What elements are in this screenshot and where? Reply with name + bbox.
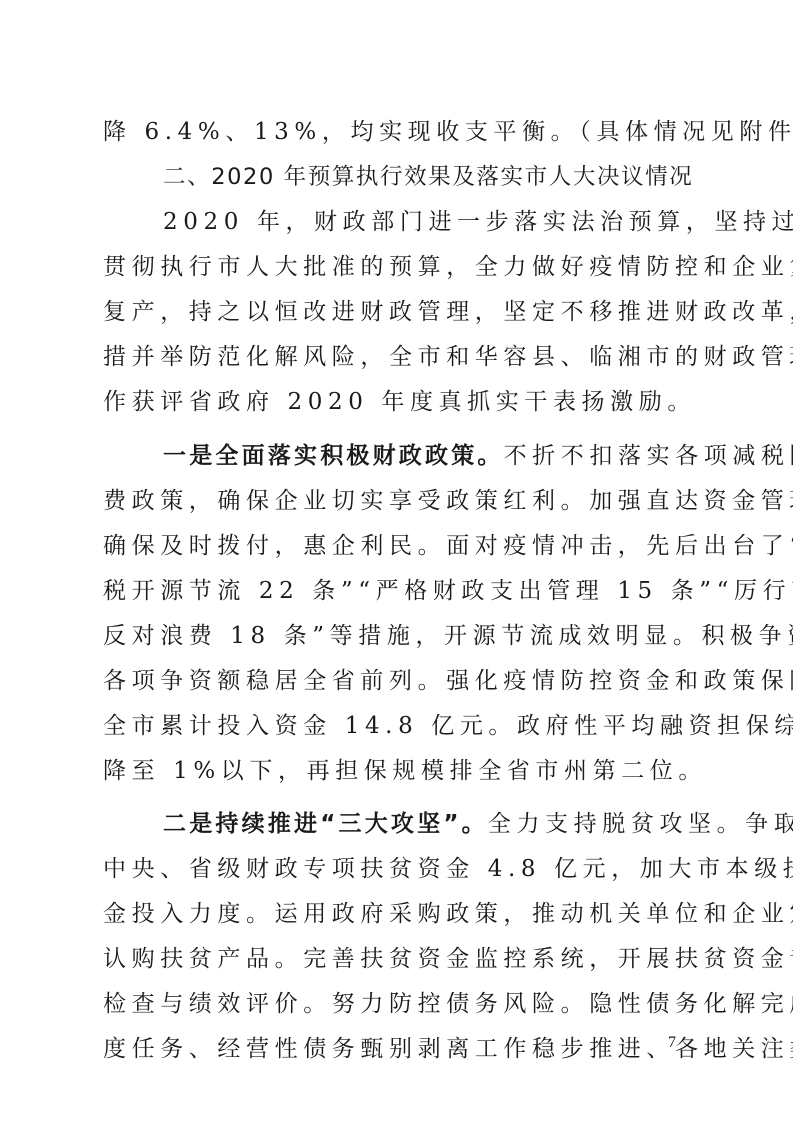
page-number: 7 xyxy=(668,1034,676,1052)
point-one-paragraph: 一是全面落实积极财政政策。不折不扣落实各项减税降 费政策，确保企业切实享受政策红… xyxy=(103,434,703,794)
section-heading: 二、2020 年预算执行效果及落实市人大决议情况 xyxy=(103,155,703,200)
paragraph-line: 中央、省级财政专项扶贫资金 4.8 亿元，加大市本级扶贫资 xyxy=(103,847,703,892)
paragraph-line: 贯彻执行市人大批准的预算，全力做好疫情防控和企业复工 xyxy=(103,245,703,290)
paragraph-line: 降至 1%以下，再担保规模排全省市州第二位。 xyxy=(103,749,703,794)
paragraph-line: 复产，持之以恒改进财政管理，坚定不移推进财政改革，多 xyxy=(103,290,703,335)
paragraph-line: 作获评省政府 2020 年度真抓实干表扬激励。 xyxy=(103,380,703,425)
paragraph-line: 税开源节流 22 条”“严格财政支出管理 15 条”“厉行节约 xyxy=(103,569,703,614)
paragraph-line: 2020 年，财政部门进一步落实法治预算，坚持过紧日子， xyxy=(103,200,703,245)
paragraph-line: 认购扶贫产品。完善扶贫资金监控系统，开展扶贫资金专项 xyxy=(103,937,703,982)
point-two-first-line-rest: 全力支持脱贫攻坚。争取 xyxy=(488,811,793,837)
paragraph-line: 反对浪费 18 条”等措施，开源节流成效明显。积极争资争项， xyxy=(103,614,703,659)
paragraph-line: 二是持续推进“三大攻坚”。全力支持脱贫攻坚。争取 xyxy=(103,802,703,847)
intro-paragraph: 2020 年，财政部门进一步落实法治预算，坚持过紧日子， 贯彻执行市人大批准的预… xyxy=(103,200,703,425)
point-one-first-line-rest: 不折不扣落实各项减税降 xyxy=(504,443,793,469)
document-page: 降 6.4%、13%，均实现收支平衡。（具体情况见附件） 二、2020 年预算执… xyxy=(103,110,703,1072)
paragraph-line: 全市累计投入资金 14.8 亿元。政府性平均融资担保综合费率 xyxy=(103,704,703,749)
paragraph-line: 费政策，确保企业切实享受政策红利。加强直达资金管理， xyxy=(103,479,703,524)
paragraph-line: 检查与绩效评价。努力防控债务风险。隐性债务化解完成年 xyxy=(103,982,703,1027)
paragraph-line: 各项争资额稳居全省前列。强化疫情防控资金和政策保障， xyxy=(103,659,703,704)
point-one-lead: 一是全面落实积极财政政策。 xyxy=(163,443,504,469)
paragraph-line: 确保及时拨付，惠企利民。面对疫情冲击，先后出台了“财 xyxy=(103,524,703,569)
paragraph-line: 措并举防范化解风险，全市和华容县、临湘市的财政管理工 xyxy=(103,335,703,380)
point-two-paragraph: 二是持续推进“三大攻坚”。全力支持脱贫攻坚。争取 中央、省级财政专项扶贫资金 4… xyxy=(103,802,703,1072)
paragraph-line: 度任务、经营性债务甄别剥离工作稳步推进、各地关注类债 xyxy=(103,1027,703,1072)
carryover-line: 降 6.4%、13%，均实现收支平衡。（具体情况见附件） xyxy=(103,110,703,155)
point-two-lead: 二是持续推进“三大攻坚”。 xyxy=(163,811,488,837)
paragraph-line: 一是全面落实积极财政政策。不折不扣落实各项减税降 xyxy=(103,434,703,479)
paragraph-line: 金投入力度。运用政府采购政策，推动机关单位和企业定向 xyxy=(103,892,703,937)
